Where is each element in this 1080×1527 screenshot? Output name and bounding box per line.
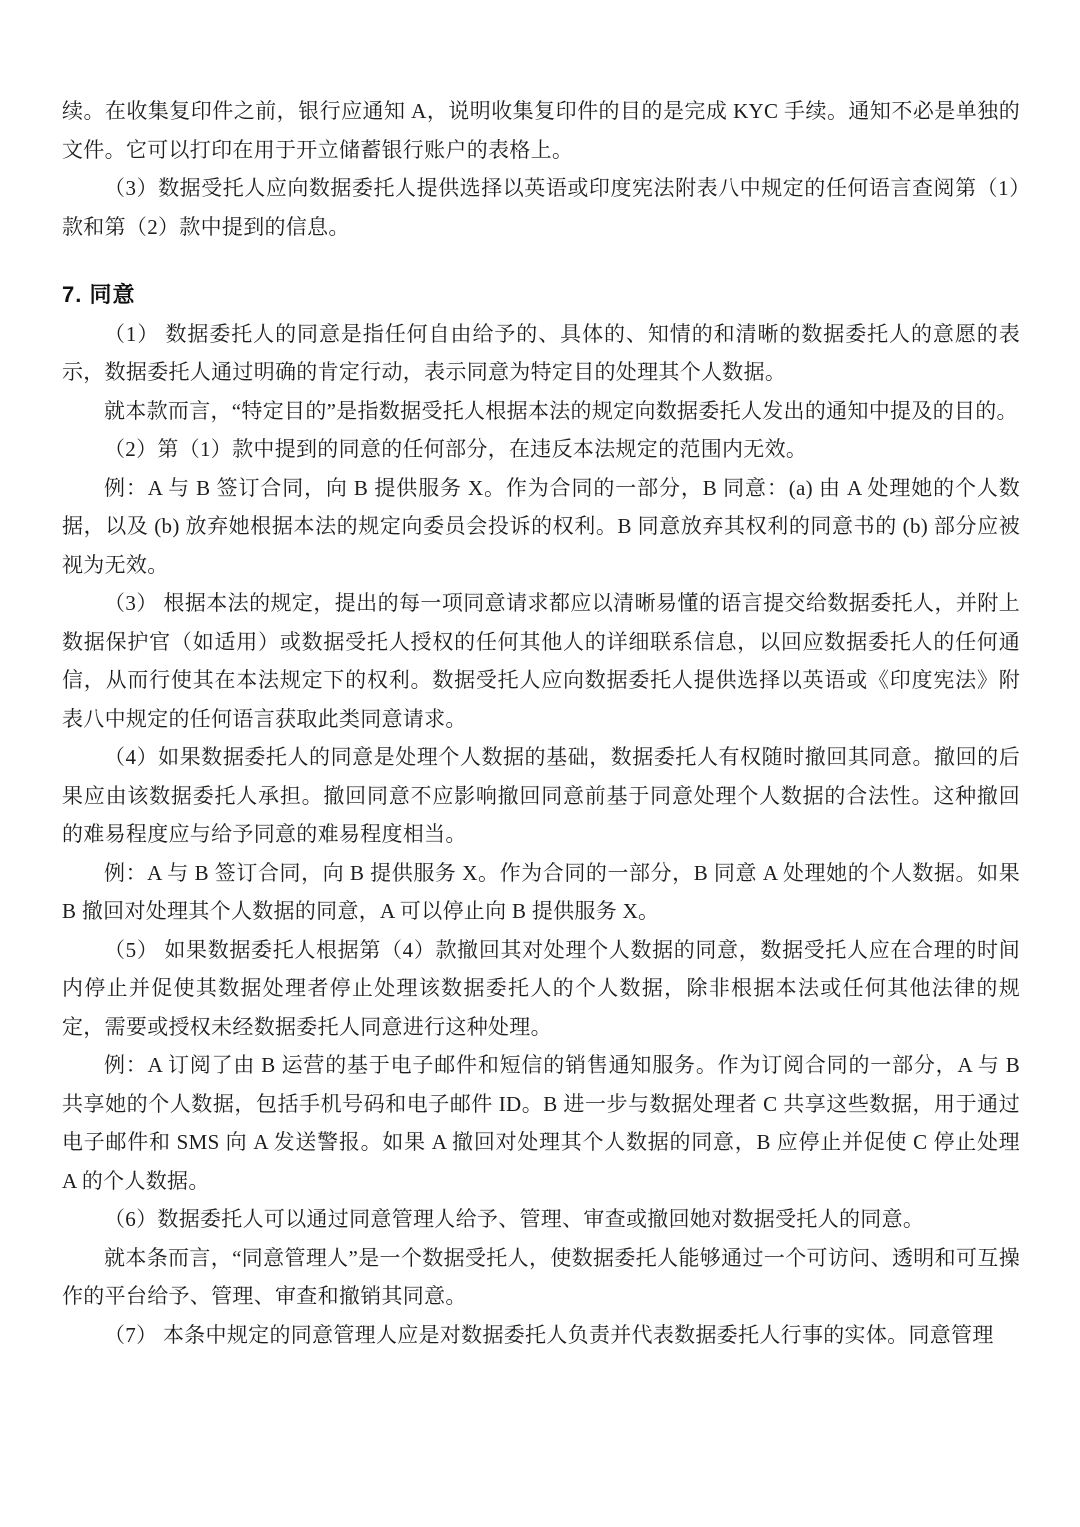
document-page: 续。在收集复印件之前，银行应通知 A，说明收集复印件的目的是完成 KYC 手续。… [0,0,1080,1527]
clause-7-1-proviso: 就本款而言，“特定目的”是指数据受托人根据本法的规定向数据委托人发出的通知中提及… [62,392,1020,431]
example-7-4: 例：A 与 B 签订合同，向 B 提供服务 X。作为合同的一部分，B 同意 A … [62,854,1020,931]
clause-7-4: （4）如果数据委托人的同意是处理个人数据的基础，数据委托人有权随时撤回其同意。撤… [62,738,1020,854]
clause-7-1: （1） 数据委托人的同意是指任何自由给予的、具体的、知情的和清晰的数据委托人的意… [62,315,1020,392]
clause-7-3: （3） 根据本法的规定，提出的每一项同意请求都应以清晰易懂的语言提交给数据委托人… [62,584,1020,738]
clause-7-6-proviso: 就本条而言，“同意管理人”是一个数据受托人，使数据委托人能够通过一个可访问、透明… [62,1239,1020,1316]
example-7-5: 例：A 订阅了由 B 运营的基于电子邮件和短信的销售通知服务。作为订阅合同的一部… [62,1046,1020,1200]
clause-7-2: （2）第（1）款中提到的同意的任何部分，在违反本法规定的范围内无效。 [62,430,1020,469]
clause-7-7: （7） 本条中规定的同意管理人应是对数据委托人负责并代表数据委托人行事的实体。同… [62,1316,1020,1355]
paragraph-kyc-notice-continuation: 续。在收集复印件之前，银行应通知 A，说明收集复印件的目的是完成 KYC 手续。… [62,92,1020,169]
clause-7-5: （5） 如果数据委托人根据第（4）款撤回其对处理个人数据的同意，数据受托人应在合… [62,931,1020,1047]
clause-notice-3: （3）数据受托人应向数据委托人提供选择以英语或印度宪法附表八中规定的任何语言查阅… [62,169,1020,246]
example-7-2: 例：A 与 B 签订合同，向 B 提供服务 X。作为合同的一部分，B 同意：(a… [62,469,1020,585]
section-7-heading: 7. 同意 [62,276,1020,315]
clause-7-6: （6）数据委托人可以通过同意管理人给予、管理、审查或撤回她对数据受托人的同意。 [62,1200,1020,1239]
